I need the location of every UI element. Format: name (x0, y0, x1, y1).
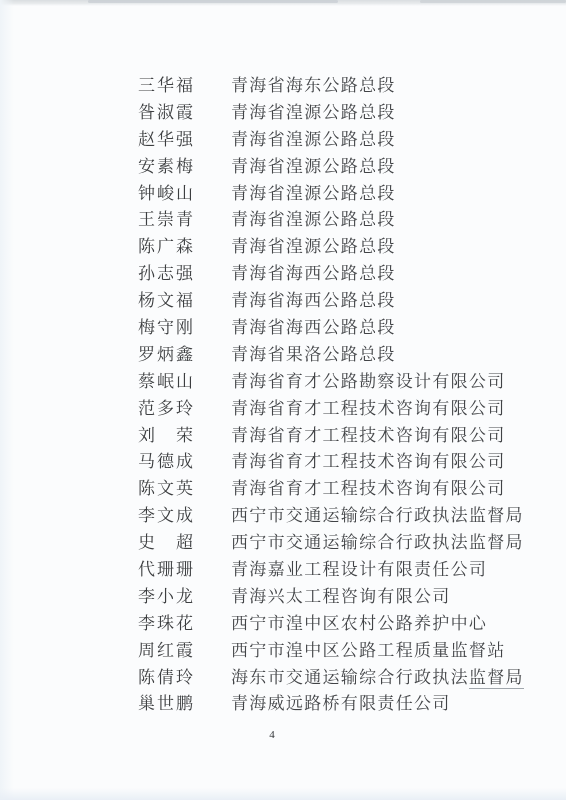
person-name: 陈文英 (138, 474, 231, 499)
list-item: 陈倩玲 海东市交通运输综合行政执法监督局 (138, 662, 558, 689)
list-item: 李珠花 西宁市湟中区农村公路养护中心 (138, 608, 558, 635)
person-name: 李珠花 (138, 609, 231, 634)
organization-name-text: 青海省湟源公路总段 (231, 184, 396, 203)
person-name: 巢世鹏 (138, 689, 231, 714)
organization-name: 青海省果洛公路总段 (231, 340, 396, 365)
organization-name-text: 青海省育才工程技术咨询有限公司 (231, 426, 506, 445)
list-item: 杨文福 青海省海西公路总段 (138, 285, 558, 312)
organization-name: 青海省育才公路勘察设计有限公司 (231, 367, 506, 392)
organization-name: 海东市交通运输综合行政执法监督局 (231, 663, 524, 688)
organization-name-text: 青海省湟源公路总段 (231, 237, 396, 256)
list-item: 孙志强 青海省海西公路总段 (138, 258, 558, 285)
person-name: 陈倩玲 (138, 663, 231, 688)
list-item: 李小龙 青海兴太工程咨询有限公司 (138, 581, 558, 608)
organization-name: 西宁市交通运输综合行政执法监督局 (231, 501, 524, 526)
list-item: 安素梅 青海省湟源公路总段 (138, 151, 558, 178)
person-name: 史 超 (138, 528, 231, 553)
person-name: 李文成 (138, 501, 231, 526)
organization-name-text: 西宁市湟中区公路工程质量监督站 (231, 641, 506, 660)
list-item: 巢世鹏 青海威远路桥有限责任公司 (138, 688, 558, 715)
organization-name-text: 青海省湟源公路总段 (231, 210, 396, 229)
page-number: 4 (262, 729, 282, 741)
organization-name-text: 青海省海东公路总段 (231, 76, 396, 95)
organization-name: 青海省湟源公路总段 (231, 152, 396, 177)
list-item: 周红霞 西宁市湟中区公路工程质量监督站 (138, 635, 558, 662)
person-name: 蔡岷山 (138, 367, 231, 392)
list-item: 钟峻山 青海省湟源公路总段 (138, 178, 558, 205)
organization-name: 青海省湟源公路总段 (231, 205, 396, 230)
person-name: 陈广森 (138, 232, 231, 257)
organization-name: 西宁市交通运输综合行政执法监督局 (231, 528, 524, 553)
organization-name: 青海省海西公路总段 (231, 259, 396, 284)
list-item: 刘 荣 青海省育才工程技术咨询有限公司 (138, 420, 558, 447)
organization-name-text: 西宁市交通运输综合行政执法监督局 (231, 533, 524, 552)
person-name: 罗炳鑫 (138, 340, 231, 365)
list-item: 蔡岷山 青海省育才公路勘察设计有限公司 (138, 366, 558, 393)
list-item: 赵华强 青海省湟源公路总段 (138, 124, 558, 151)
organization-name: 青海省育才工程技术咨询有限公司 (231, 447, 506, 472)
scan-edge-bottom-artifact (0, 788, 566, 800)
list-item: 代珊珊 青海嘉业工程设计有限责任公司 (138, 554, 558, 581)
list-item: 昝淑霞 青海省湟源公路总段 (138, 97, 558, 124)
organization-name: 青海省湟源公路总段 (231, 232, 396, 257)
person-name: 杨文福 (138, 286, 231, 311)
organization-name: 青海省育才工程技术咨询有限公司 (231, 474, 506, 499)
organization-name-underlined-text: 监督局 (469, 668, 524, 689)
organization-name-text: 青海兴太工程咨询有限公司 (231, 587, 451, 606)
person-name: 代珊珊 (138, 555, 231, 580)
organization-name-text: 青海威远路桥有限责任公司 (231, 694, 451, 713)
organization-name-text: 青海省海西公路总段 (231, 264, 396, 283)
organization-name: 青海省海西公路总段 (231, 286, 396, 311)
organization-name-text: 海东市交通运输综合行政执法 (231, 668, 469, 687)
organization-name: 青海省育才工程技术咨询有限公司 (231, 421, 506, 446)
organization-name: 青海嘉业工程设计有限责任公司 (231, 555, 487, 580)
organization-name: 西宁市湟中区公路工程质量监督站 (231, 636, 506, 661)
document-page: 三华福 青海省海东公路总段 昝淑霞 青海省湟源公路总段 赵华强 青海省湟源公路总… (0, 0, 566, 800)
person-name: 钟峻山 (138, 179, 231, 204)
person-name: 孙志强 (138, 259, 231, 284)
organization-name-text: 青海省育才工程技术咨询有限公司 (231, 399, 506, 418)
organization-name: 青海省湟源公路总段 (231, 125, 396, 150)
list-item: 马德成 青海省育才工程技术咨询有限公司 (138, 446, 558, 473)
organization-name: 青海省育才工程技术咨询有限公司 (231, 394, 506, 419)
person-name: 马德成 (138, 447, 231, 472)
organization-name: 青海省湟源公路总段 (231, 98, 396, 123)
list-item: 王崇青 青海省湟源公路总段 (138, 204, 558, 231)
person-name: 范多玲 (138, 394, 231, 419)
person-name: 王崇青 (138, 205, 231, 230)
organization-name-text: 青海嘉业工程设计有限责任公司 (231, 560, 487, 579)
organization-name: 青海威远路桥有限责任公司 (231, 689, 451, 714)
organization-name: 青海省海东公路总段 (231, 71, 396, 96)
person-name: 刘 荣 (138, 421, 231, 446)
scan-speck (88, 0, 338, 3)
organization-name: 青海省湟源公路总段 (231, 179, 396, 204)
list-item: 罗炳鑫 青海省果洛公路总段 (138, 339, 558, 366)
person-name: 赵华强 (138, 125, 231, 150)
scan-edge-left-artifact (0, 0, 14, 800)
person-name: 李小龙 (138, 582, 231, 607)
scan-speck (420, 0, 566, 3)
organization-name-text: 西宁市交通运输综合行政执法监督局 (231, 506, 524, 525)
list-item: 陈广森 青海省湟源公路总段 (138, 231, 558, 258)
list-item: 三华福 青海省海东公路总段 (138, 70, 558, 97)
organization-name: 青海兴太工程咨询有限公司 (231, 582, 451, 607)
person-name: 周红霞 (138, 636, 231, 661)
organization-name-text: 西宁市湟中区农村公路养护中心 (231, 614, 487, 633)
personnel-roster-list: 三华福 青海省海东公路总段 昝淑霞 青海省湟源公路总段 赵华强 青海省湟源公路总… (138, 70, 558, 715)
list-item: 李文成 西宁市交通运输综合行政执法监督局 (138, 500, 558, 527)
organization-name-text: 青海省育才工程技术咨询有限公司 (231, 452, 506, 471)
list-item: 梅守刚 青海省海西公路总段 (138, 312, 558, 339)
list-item: 范多玲 青海省育才工程技术咨询有限公司 (138, 393, 558, 420)
person-name: 梅守刚 (138, 313, 231, 338)
organization-name-text: 青海省海西公路总段 (231, 291, 396, 310)
organization-name-text: 青海省海西公路总段 (231, 318, 396, 337)
person-name: 三华福 (138, 71, 231, 96)
person-name: 昝淑霞 (138, 98, 231, 123)
organization-name: 青海省海西公路总段 (231, 313, 396, 338)
organization-name-text: 青海省育才工程技术咨询有限公司 (231, 479, 506, 498)
organization-name-text: 青海省果洛公路总段 (231, 345, 396, 364)
person-name: 安素梅 (138, 152, 231, 177)
organization-name-text: 青海省湟源公路总段 (231, 157, 396, 176)
list-item: 陈文英 青海省育才工程技术咨询有限公司 (138, 473, 558, 500)
list-item: 史 超 西宁市交通运输综合行政执法监督局 (138, 527, 558, 554)
organization-name-text: 青海省育才公路勘察设计有限公司 (231, 372, 506, 391)
organization-name-text: 青海省湟源公路总段 (231, 103, 396, 122)
organization-name: 西宁市湟中区农村公路养护中心 (231, 609, 487, 634)
organization-name-text: 青海省湟源公路总段 (231, 130, 396, 149)
